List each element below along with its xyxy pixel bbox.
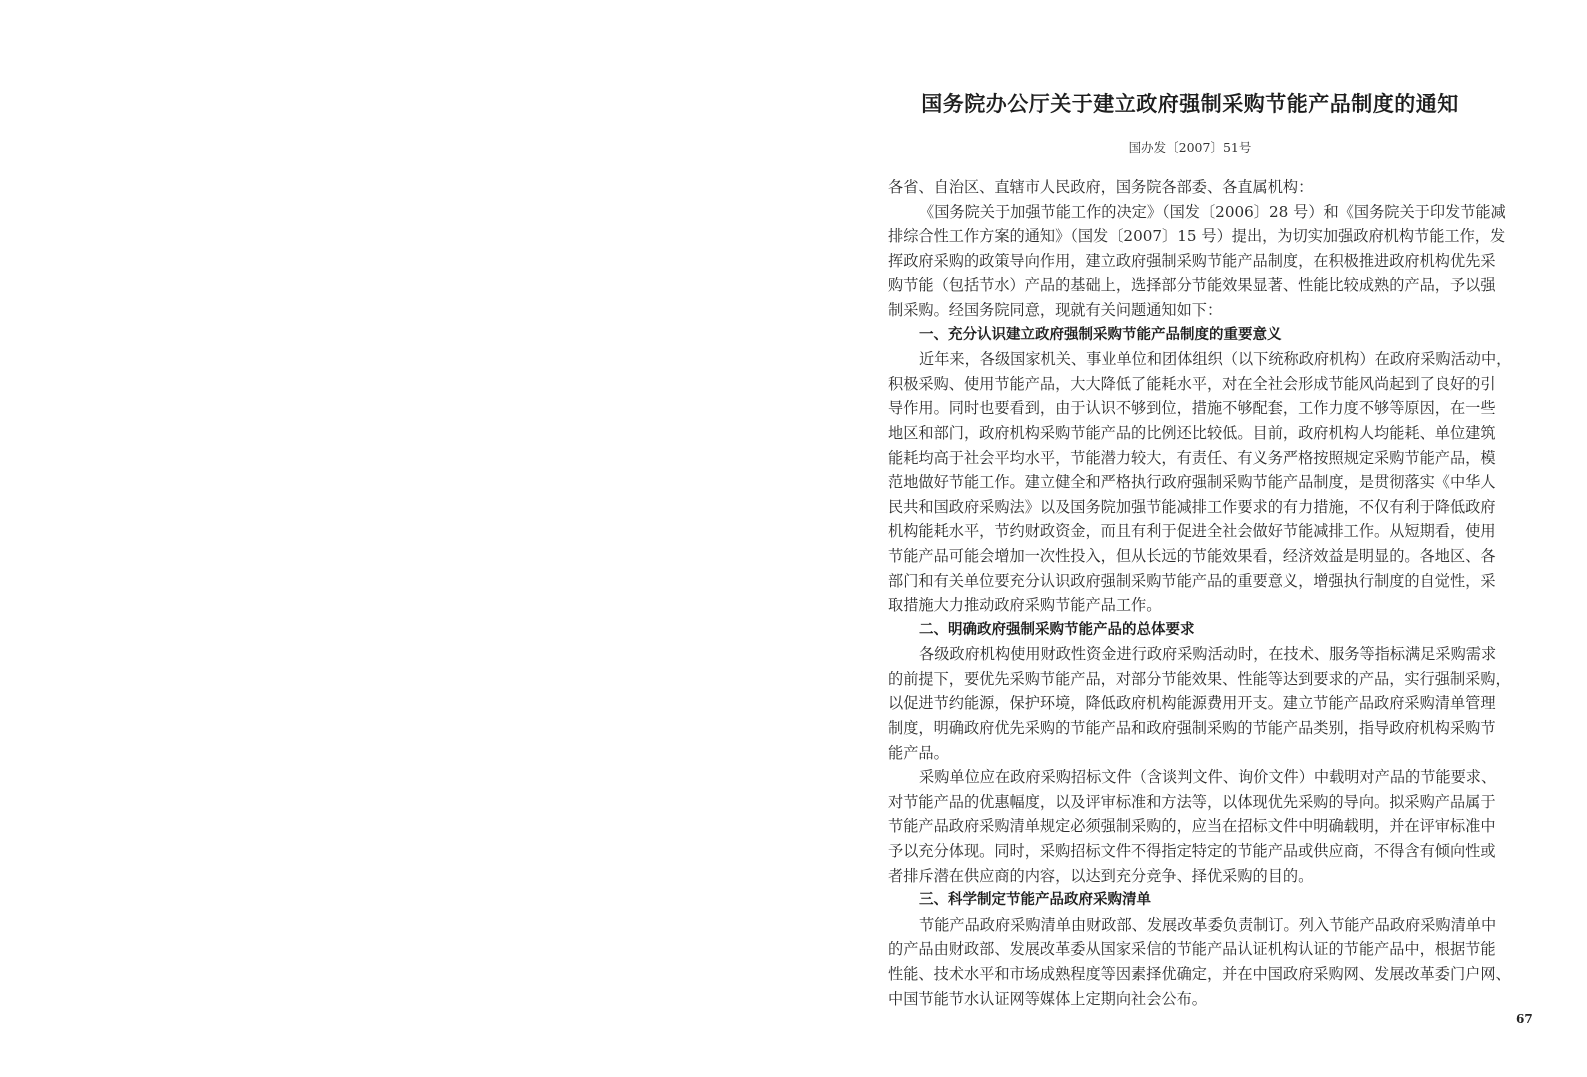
body-line: 采购单位应在政府采购招标文件（含谈判文件、询价文件）中载明对产品的节能要求、 xyxy=(888,765,1478,790)
body-line: 范地做好节能工作。建立健全和严格执行政府强制采购节能产品制度，是贯彻落实《中华人 xyxy=(888,470,1478,495)
body-line: 制采购。经国务院同意，现就有关问题通知如下： xyxy=(888,298,1478,323)
body-line: 节能产品政府采购清单由财政部、发展改革委负责制订。列入节能产品政府采购清单中 xyxy=(888,913,1478,938)
document-number: 国办发〔2007〕51号 xyxy=(905,138,1475,156)
body-line: 节能产品可能会增加一次性投入，但从长远的节能效果看，经济效益是明显的。各地区、各 xyxy=(888,544,1478,569)
body-line: 部门和有关单位要充分认识政府强制采购节能产品的重要意义，增强执行制度的自觉性，采 xyxy=(888,569,1478,594)
body-line: 予以充分体现。同时，采购招标文件不得指定特定的节能产品或供应商，不得含有倾向性或 xyxy=(888,839,1478,864)
body-line: 机构能耗水平，节约财政资金，而且有利于促进全社会做好节能减排工作。从短期看，使用 xyxy=(888,519,1478,544)
body-line: 地区和部门，政府机构采购节能产品的比例还比较低。目前，政府机构人均能耗、单位建筑 xyxy=(888,421,1478,446)
body-line: 性能、技术水平和市场成熟程度等因素择优确定，并在中国政府采购网、发展改革委门户网… xyxy=(888,962,1478,987)
body-line: 能耗均高于社会平均水平，节能潜力较大，有责任、有义务严格按照规定采购节能产品，模 xyxy=(888,446,1478,471)
body-line: 取措施大力推动政府采购节能产品工作。 xyxy=(888,593,1478,618)
document-body: 各省、自治区、直辖市人民政府，国务院各部委、各直属机构： 《国务院关于加强节能工… xyxy=(888,175,1478,1011)
body-line: 购节能（包括节水）产品的基础上，选择部分节能效果显著、性能比较成熟的产品，予以强 xyxy=(888,273,1478,298)
body-line: 的前提下，要优先采购节能产品，对部分节能效果、性能等达到要求的产品，实行强制采购… xyxy=(888,667,1478,692)
body-line: 对节能产品的优惠幅度，以及评审标准和方法等，以体现优先采购的导向。拟采购产品属于 xyxy=(888,790,1478,815)
body-line: 《国务院关于加强节能工作的决定》（国发〔2006〕28 号）和《国务院关于印发节… xyxy=(888,200,1478,225)
section-heading-1: 一、充分认识建立政府强制采购节能产品制度的重要意义 xyxy=(888,323,1478,348)
body-line: 制度，明确政府优先采购的节能产品和政府强制采购的节能产品类别，指导政府机构采购节 xyxy=(888,716,1478,741)
body-line: 能产品。 xyxy=(888,741,1478,766)
section-heading-3: 三、科学制定节能产品政府采购清单 xyxy=(888,888,1478,913)
body-line: 者排斥潜在供应商的内容，以达到充分竞争、择优采购的目的。 xyxy=(888,864,1478,889)
body-line: 中国节能节水认证网等媒体上定期向社会公布。 xyxy=(888,987,1478,1012)
blank-left-page xyxy=(0,0,790,1077)
document-title: 国务院办公厅关于建立政府强制采购节能产品制度的通知 xyxy=(905,88,1475,118)
body-line: 节能产品政府采购清单规定必须强制采购的，应当在招标文件中明确载明，并在评审标准中 xyxy=(888,814,1478,839)
body-line: 各级政府机构使用财政性资金进行政府采购活动时，在技术、服务等指标满足采购需求 xyxy=(888,642,1478,667)
body-line: 导作用。同时也要看到，由于认识不够到位，措施不够配套，工作力度不够等原因，在一些 xyxy=(888,396,1478,421)
body-line: 民共和国政府采购法》以及国务院加强节能减排工作要求的有力措施，不仅有利于降低政府 xyxy=(888,495,1478,520)
body-line: 积极采购、使用节能产品，大大降低了能耗水平，对在全社会形成节能风尚起到了良好的引 xyxy=(888,372,1478,397)
body-line: 近年来，各级国家机关、事业单位和团体组织（以下统称政府机构）在政府采购活动中， xyxy=(888,347,1478,372)
body-line: 的产品由财政部、发展改革委从国家采信的节能产品认证机构认证的节能产品中，根据节能 xyxy=(888,937,1478,962)
page-number: 67 xyxy=(1516,1012,1533,1026)
document-spread: 国务院办公厅关于建立政府强制采购节能产品制度的通知 国办发〔2007〕51号 各… xyxy=(0,0,1587,1077)
section-heading-2: 二、明确政府强制采购节能产品的总体要求 xyxy=(888,618,1478,643)
body-line: 挥政府采购的政策导向作用，建立政府强制采购节能产品制度，在积极推进政府机构优先采 xyxy=(888,249,1478,274)
salutation-line: 各省、自治区、直辖市人民政府，国务院各部委、各直属机构： xyxy=(888,175,1478,200)
body-line: 排综合性工作方案的通知》（国发〔2007〕15 号）提出，为切实加强政府机构节能… xyxy=(888,224,1478,249)
body-line: 以促进节约能源，保护环境，降低政府机构能源费用开支。建立节能产品政府采购清单管理 xyxy=(888,691,1478,716)
